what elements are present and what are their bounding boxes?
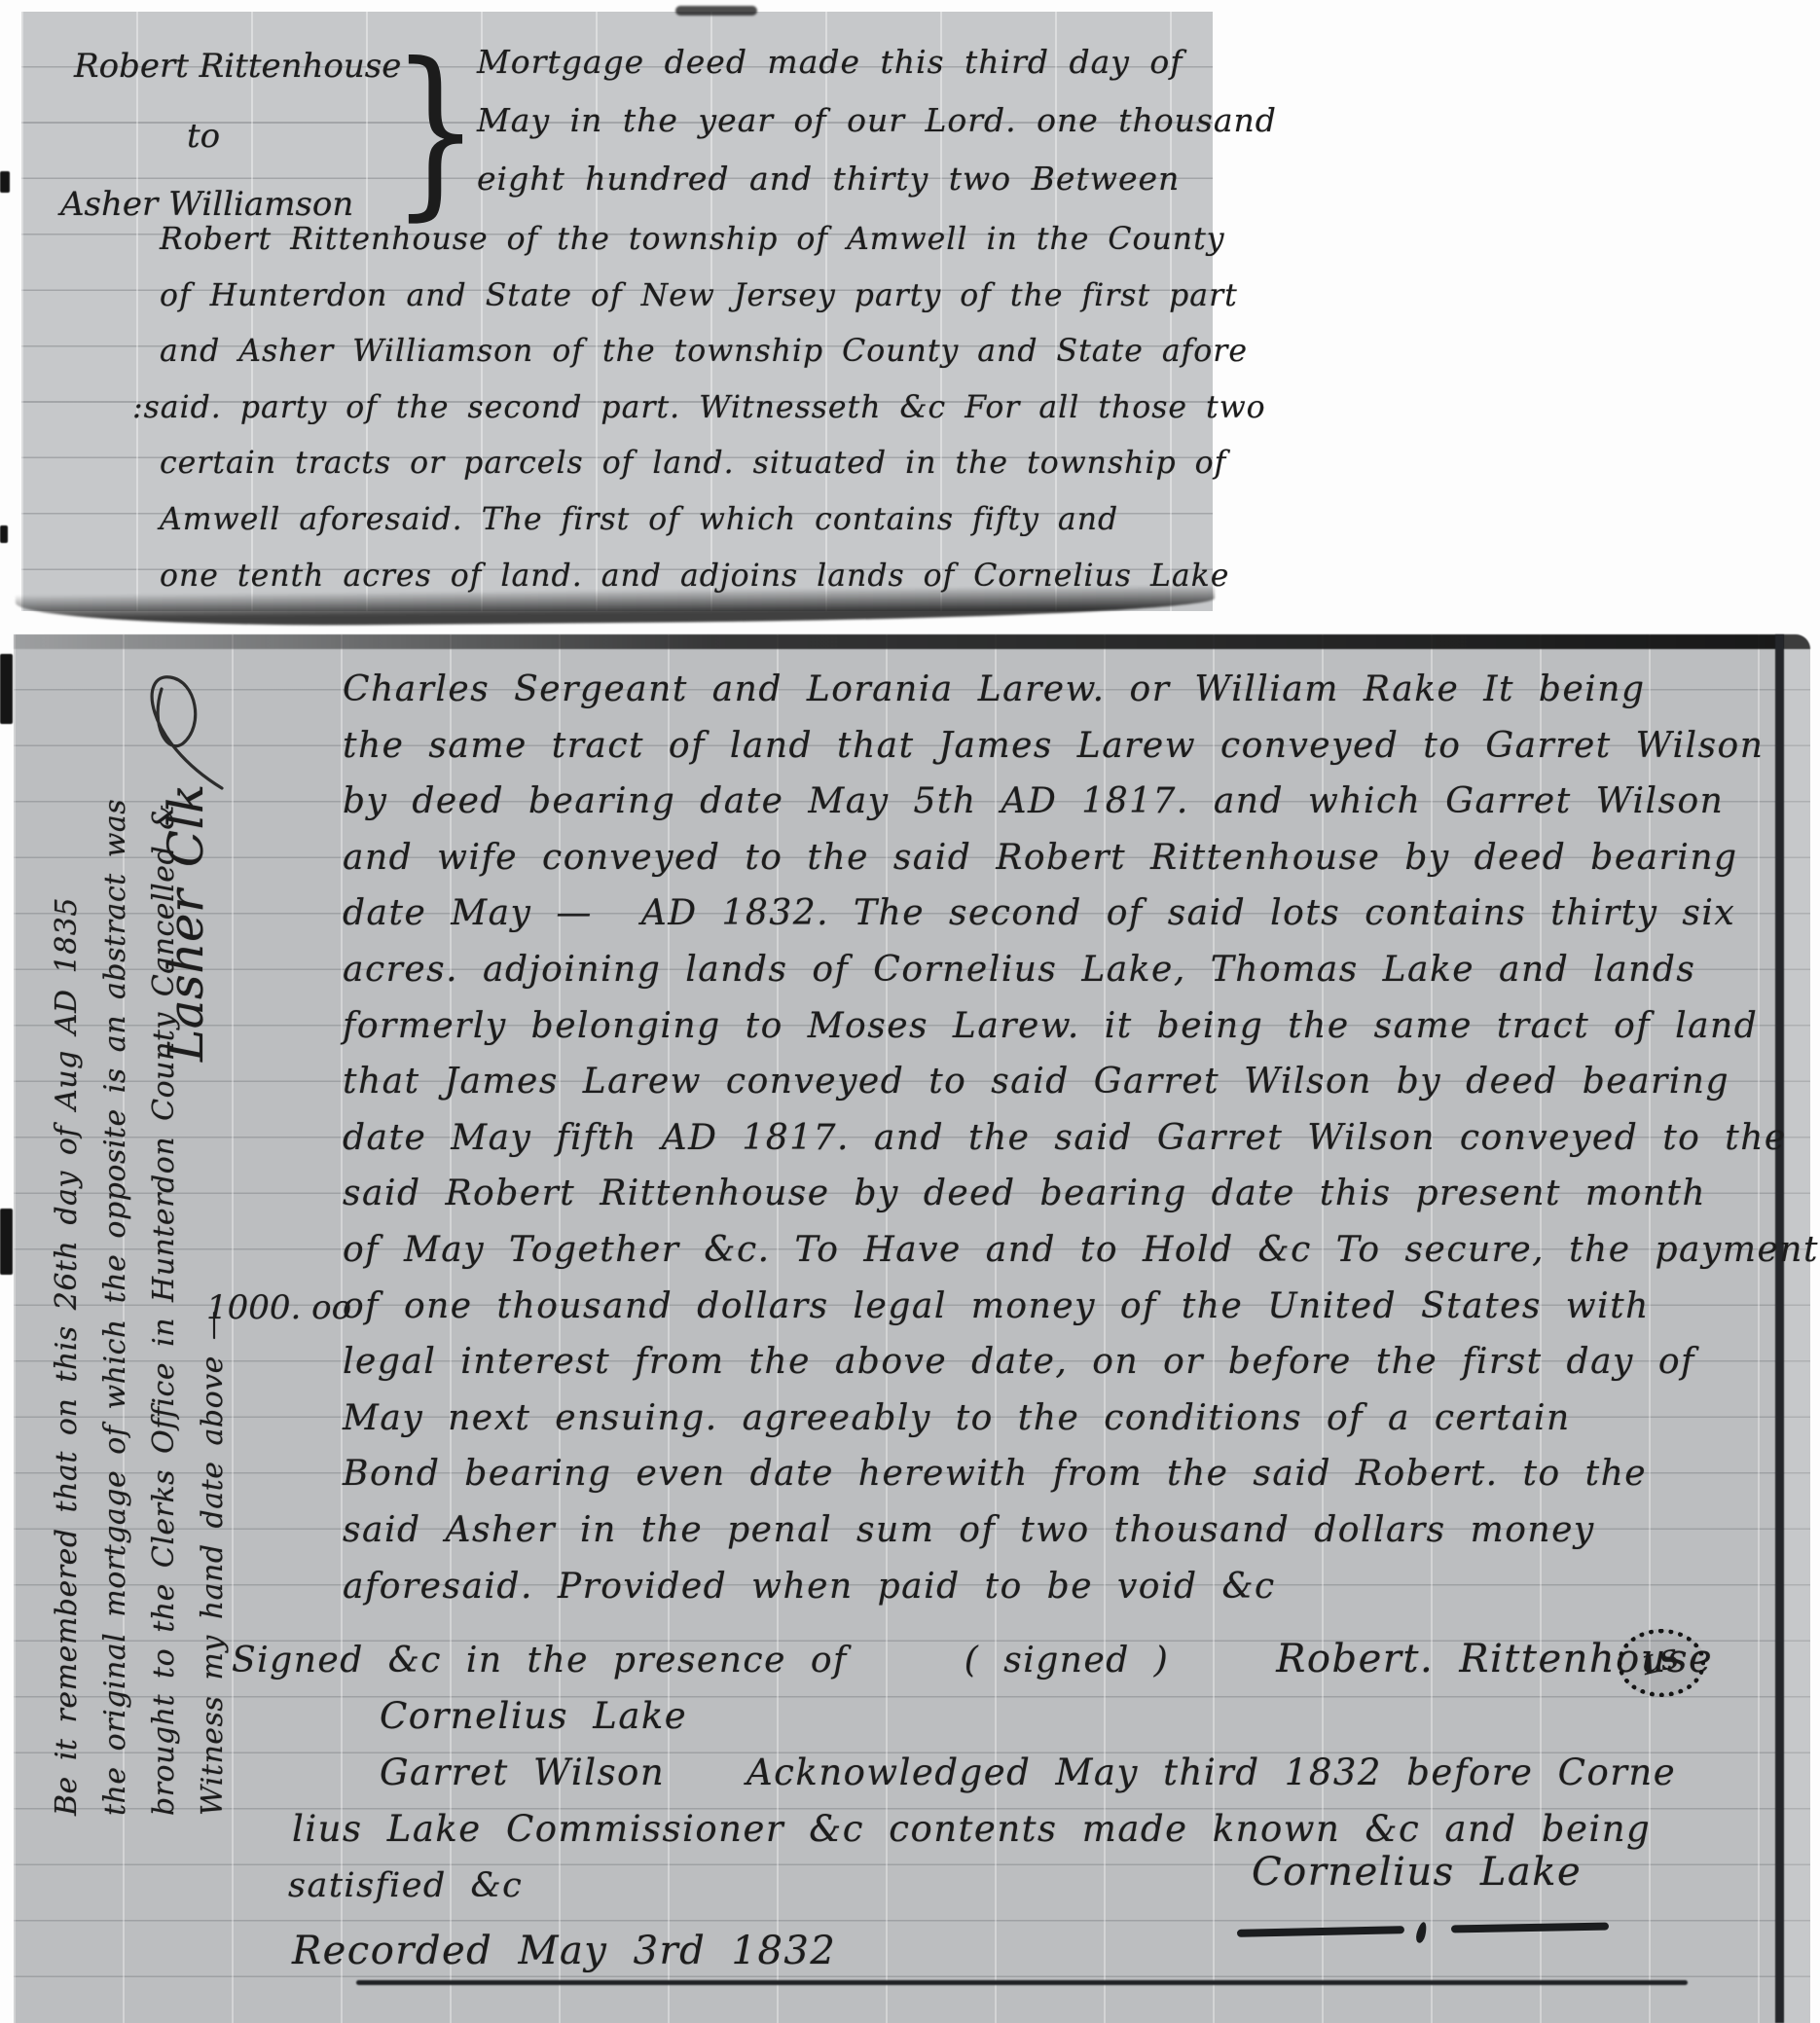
handwritten-line: and Asher Williamson of the township Cou… bbox=[160, 324, 1266, 380]
handwritten-line: date May fifth AD 1817. and the said Gar… bbox=[343, 1110, 1793, 1167]
handwritten-line: that James Larew conveyed to said Garret… bbox=[343, 1054, 1793, 1110]
handwritten-line: :said. party of the second part. Witness… bbox=[132, 380, 1266, 437]
seal-text: LS bbox=[1640, 1644, 1682, 1681]
deed-body-lines: Robert Rittenhouse of the township of Am… bbox=[160, 212, 1266, 604]
deed-opening-lines: Mortgage deed made this third day of May… bbox=[477, 33, 1277, 208]
handwritten-line: Amwell aforesaid. The first of which con… bbox=[160, 492, 1266, 549]
signature-row: Signed &c in the presence of ( signed ) … bbox=[232, 1630, 1793, 1688]
grantor-name: Robert Rittenhouse bbox=[74, 47, 401, 86]
handwritten-line: Bond bearing even date herewith from the… bbox=[343, 1446, 1793, 1502]
handwritten-line: acres. adjoining lands of Cornelius Lake… bbox=[343, 942, 1793, 998]
handwritten-line: said Robert Rittenhouse by deed bearing … bbox=[343, 1166, 1793, 1222]
handwritten-line: legal interest from the above date, on o… bbox=[343, 1334, 1793, 1391]
clerk-signature: Lasher Clk bbox=[158, 783, 214, 1062]
witness-and-acknowledgment-row: Garret Wilson Acknowledged May third 183… bbox=[343, 1745, 1793, 1801]
binding-mark bbox=[0, 654, 13, 724]
handwritten-line: formerly belonging to Moses Larew. it be… bbox=[343, 998, 1793, 1055]
handwritten-line: and wife conveyed to the said Robert Rit… bbox=[343, 830, 1793, 886]
handwritten-line: Mortgage deed made this third day of bbox=[477, 33, 1277, 91]
handwritten-line: eight hundred and thirty two Between bbox=[477, 150, 1277, 208]
handwritten-line: the same tract of land that James Larew … bbox=[343, 718, 1793, 775]
binding-mark bbox=[0, 1209, 13, 1275]
attestation-text: Signed &c in the presence of bbox=[232, 1641, 848, 1680]
handwritten-line: certain tracts or parcels of land. situa… bbox=[160, 436, 1266, 492]
signed-label: ( signed ) bbox=[965, 1641, 1170, 1680]
handwritten-line: by deed bearing date May 5th AD 1817. an… bbox=[343, 774, 1793, 830]
binding-mark bbox=[0, 171, 10, 193]
handwritten-line: May in the year of our Lord. one thousan… bbox=[477, 91, 1277, 150]
deed-record-text: Charles Sergeant and Lorania Larew. or W… bbox=[343, 662, 1793, 1982]
handwritten-line: said Asher in the penal sum of two thous… bbox=[343, 1502, 1793, 1559]
document-scan: Robert Rittenhouse to Asher Williamson }… bbox=[0, 0, 1820, 2023]
page-top-edge bbox=[14, 634, 1810, 649]
witness-signature: Garret Wilson bbox=[380, 1745, 722, 1801]
margin-note-line: Be it remembered that on this 26th day o… bbox=[43, 682, 91, 1816]
handwritten-line: date May — AD 1832. The second of said l… bbox=[343, 885, 1793, 942]
binding-mark bbox=[0, 525, 8, 543]
scan-smudge bbox=[675, 6, 757, 16]
deed-record-page: 1000. oo Charles Sergeant and Lorania La… bbox=[14, 634, 1810, 2023]
handwritten-line: of May Together &c. To Have and to Hold … bbox=[343, 1222, 1793, 1279]
acknowledgment-line: Acknowledged May third 1832 before Corne bbox=[746, 1752, 1676, 1793]
commissioner-signature: Cornelius Lake bbox=[1252, 1844, 1582, 1900]
entry-end-rule bbox=[356, 1980, 1688, 1985]
witness-signature: Cornelius Lake bbox=[380, 1688, 1793, 1745]
handwritten-line: May next ensuing. agreeably to the condi… bbox=[343, 1391, 1793, 1447]
handwritten-line: of Hunterdon and State of New Jersey par… bbox=[160, 269, 1266, 325]
parties-connector: to bbox=[187, 117, 220, 156]
handwritten-line: Robert Rittenhouse of the township of Am… bbox=[160, 212, 1266, 269]
margin-cancellation-note: Be it remembered that on this 26th day o… bbox=[43, 682, 237, 1816]
handwritten-line: Charles Sergeant and Lorania Larew. or W… bbox=[343, 662, 1793, 718]
handwritten-line: aforesaid. Provided when paid to be void… bbox=[343, 1559, 1793, 1615]
brace-glyph: } bbox=[391, 21, 480, 239]
acknowledgment-closing-row: satisfied &c Cornelius Lake bbox=[288, 1858, 1793, 1914]
deed-page-top-fragment: Robert Rittenhouse to Asher Williamson }… bbox=[21, 12, 1213, 611]
handwritten-line: of one thousand dollars legal money of t… bbox=[343, 1279, 1793, 1335]
acknowledgment-line: satisfied &c bbox=[288, 1866, 523, 1905]
margin-note-line: the original mortgage of which the oppos… bbox=[91, 682, 140, 1816]
clerk-signature-flourish bbox=[136, 648, 234, 794]
ls-seal: LS bbox=[1618, 1629, 1705, 1697]
